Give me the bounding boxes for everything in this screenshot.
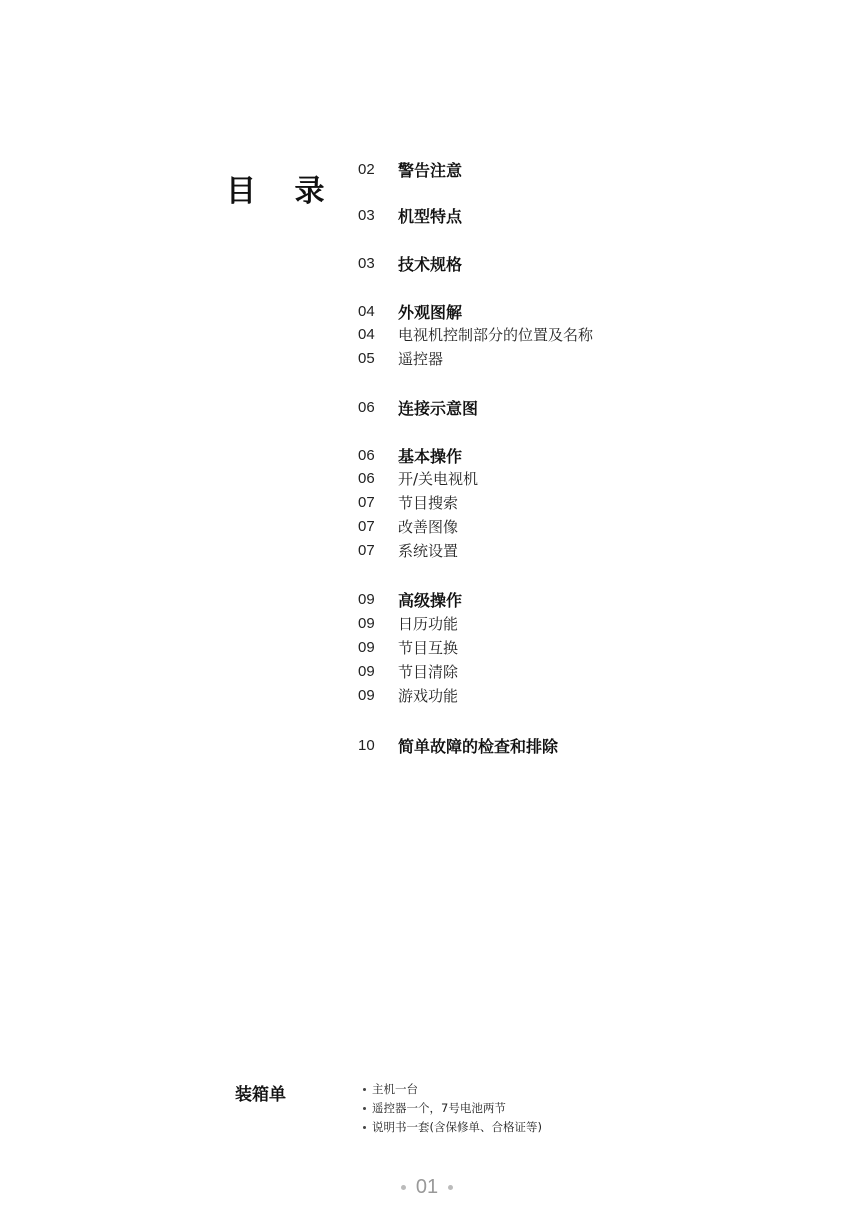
toc-page-number: 06 xyxy=(358,470,398,487)
toc-page-number: 06 xyxy=(358,399,398,416)
toc-page-number: 03 xyxy=(358,255,398,272)
toc-label: 高级操作 xyxy=(398,588,462,611)
toc-entry[interactable]: 10 简单故障的检查和排除 xyxy=(358,734,558,756)
toc-label: 改善图像 xyxy=(398,516,458,537)
toc-entry[interactable]: 03 技术规格 xyxy=(358,252,462,274)
bullet-icon xyxy=(363,1126,366,1129)
toc-entry[interactable]: 06 开/关电视机 xyxy=(358,467,478,489)
toc-label: 警告注意 xyxy=(398,158,462,181)
toc-entry[interactable]: 09 高级操作 xyxy=(358,588,462,610)
toc-page-number: 02 xyxy=(358,161,398,178)
page-number: 01 xyxy=(395,1176,459,1199)
packing-list-item-text: 主机一台 xyxy=(372,1081,418,1097)
dot-icon xyxy=(401,1185,406,1190)
toc-page-number: 07 xyxy=(358,494,398,511)
toc-page-number: 09 xyxy=(358,591,398,608)
bullet-icon xyxy=(363,1088,366,1091)
toc-page-number: 06 xyxy=(358,447,398,464)
packing-list-item-text: 说明书一套(含保修单、合格证等) xyxy=(372,1119,542,1135)
toc-entry[interactable]: 06 基本操作 xyxy=(358,444,462,466)
toc-label: 遥控器 xyxy=(398,348,443,369)
toc-page-number: 09 xyxy=(358,663,398,680)
toc-entry[interactable]: 06 连接示意图 xyxy=(358,396,478,418)
toc-page-number: 09 xyxy=(358,687,398,704)
toc-label: 连接示意图 xyxy=(398,396,478,419)
toc-label: 机型特点 xyxy=(398,204,462,227)
toc-label: 日历功能 xyxy=(398,613,458,634)
toc-page-number: 03 xyxy=(358,207,398,224)
toc-entry[interactable]: 09 日历功能 xyxy=(358,612,458,634)
packing-list-item: 说明书一套(含保修单、合格证等) xyxy=(363,1118,542,1136)
toc-entry[interactable]: 07 改善图像 xyxy=(358,515,458,537)
toc-label: 系统设置 xyxy=(398,540,458,561)
toc-page-number: 07 xyxy=(358,542,398,559)
toc-entry[interactable]: 09 节目清除 xyxy=(358,660,458,682)
toc-page-number: 05 xyxy=(358,350,398,367)
toc-label: 节目搜索 xyxy=(398,492,458,513)
page-number-text: 01 xyxy=(416,1176,438,1199)
toc-label: 游戏功能 xyxy=(398,685,458,706)
toc-label: 技术规格 xyxy=(398,252,462,275)
toc-entry[interactable]: 02 警告注意 xyxy=(358,158,462,180)
toc-entry[interactable]: 05 遥控器 xyxy=(358,347,443,369)
toc-page-number: 04 xyxy=(358,303,398,320)
toc-page-number: 10 xyxy=(358,737,398,754)
toc-label: 电视机控制部分的位置及名称 xyxy=(398,324,593,345)
toc-entry[interactable]: 09 节目互换 xyxy=(358,636,458,658)
toc-page-number: 09 xyxy=(358,615,398,632)
toc-entry[interactable]: 03 机型特点 xyxy=(358,204,462,226)
toc-label: 开/关电视机 xyxy=(398,468,478,489)
toc-label: 基本操作 xyxy=(398,444,462,467)
dot-icon xyxy=(448,1185,453,1190)
toc-entry[interactable]: 04 外观图解 xyxy=(358,300,462,322)
packing-list-item: 主机一台 xyxy=(363,1080,418,1098)
toc-page-number: 04 xyxy=(358,326,398,343)
toc-title: 目 录 xyxy=(226,166,338,210)
packing-list-item-text: 遥控器一个，7号电池两节 xyxy=(372,1100,506,1116)
toc-page-number: 07 xyxy=(358,518,398,535)
toc-label: 节目清除 xyxy=(398,661,458,682)
toc-entry[interactable]: 09 游戏功能 xyxy=(358,684,458,706)
toc-entry[interactable]: 04 电视机控制部分的位置及名称 xyxy=(358,323,593,345)
toc-label: 节目互换 xyxy=(398,637,458,658)
toc-label: 简单故障的检查和排除 xyxy=(398,734,558,757)
toc-label: 外观图解 xyxy=(398,300,462,323)
toc-page-number: 09 xyxy=(358,639,398,656)
bullet-icon xyxy=(363,1107,366,1110)
toc-entry[interactable]: 07 系统设置 xyxy=(358,539,458,561)
packing-list-item: 遥控器一个，7号电池两节 xyxy=(363,1099,506,1117)
packing-list-title: 装箱单 xyxy=(235,1080,286,1105)
toc-entry[interactable]: 07 节目搜索 xyxy=(358,491,458,513)
